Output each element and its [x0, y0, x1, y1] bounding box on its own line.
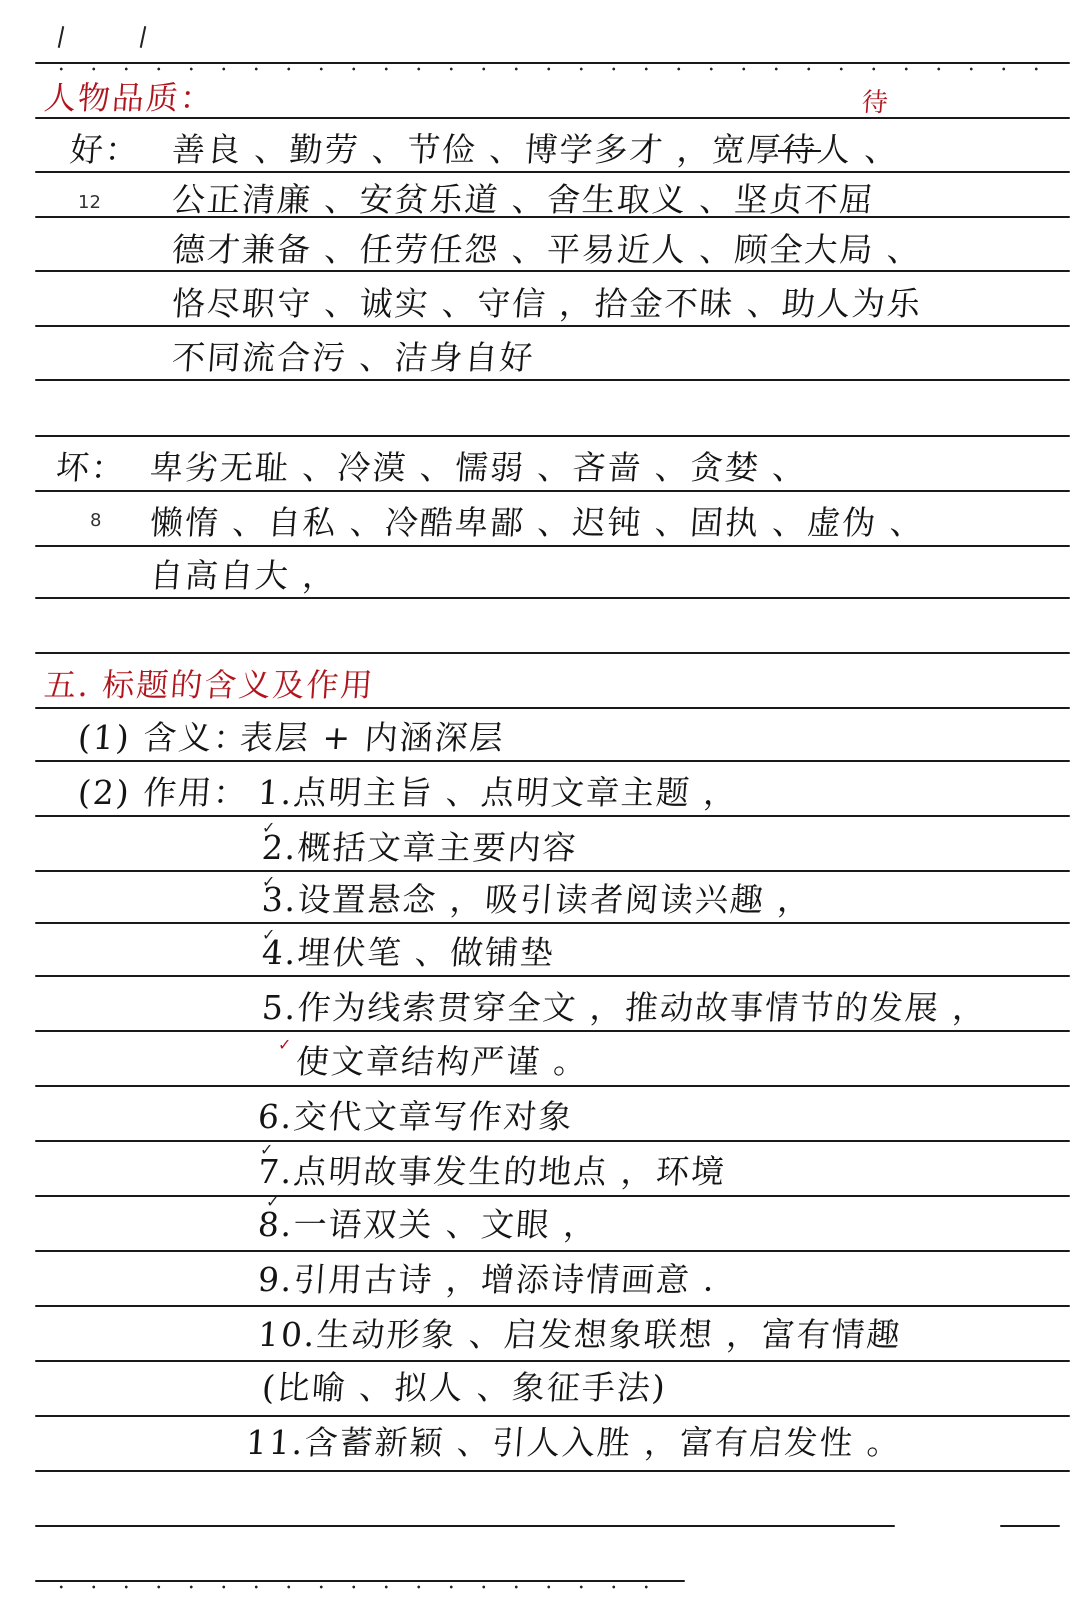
good-traits-line-4: 恪尽职守 、诚实 、守信 ，拾金不昧 、助人为乐	[171, 284, 924, 324]
ruled-line	[35, 62, 1070, 64]
ruled-line	[35, 1250, 1070, 1252]
function-item-7: 7.点明故事发生的地点 ，环境	[257, 1152, 728, 1192]
function-item-1: 1.点明主旨 、点明文章主题 ，	[257, 773, 740, 813]
struck-word: 待	[781, 130, 819, 169]
ruled-line	[35, 1525, 895, 1527]
item-number: 1.	[257, 773, 295, 812]
bad-traits-line-2: 懒惰 、自私 、冷酷卑鄙 、迟钝 、固执 、虚伪 、	[149, 503, 927, 543]
ruled-line	[35, 597, 1070, 599]
item-number: 7.	[257, 1152, 295, 1191]
ruled-line	[1000, 1525, 1060, 1527]
ruled-line	[35, 652, 1070, 654]
ruled-line	[35, 435, 1070, 437]
function-item-4: 4.埋伏笔 、做铺垫	[261, 933, 557, 973]
bad-count-note: 8	[90, 510, 101, 531]
bad-traits-line-1: 卑劣无耻 、冷漠 、懦弱 、吝啬 、贪婪 、	[149, 448, 809, 488]
ruled-line	[35, 1360, 1070, 1362]
good-traits-line-3: 德才兼备 、任劳任怨 、平易近人 、顾全大局 、	[171, 230, 924, 270]
notebook-page: 人物品质： 待 好： 善良 、勤劳 、节俭 、博学多才 ，宽厚待人 、 12 公…	[0, 0, 1080, 1613]
meaning-label: (1) 含义：	[77, 718, 250, 758]
stray-mark	[58, 26, 65, 48]
item-text: 点明故事发生的地点 ，环境	[292, 1152, 727, 1191]
function-item-10: 10.生动形象 、启发想象联想 ，富有情趣	[257, 1315, 903, 1355]
ruled-line	[35, 1580, 685, 1582]
item-text: 含蓄新颖 、引人入胜 ，富有启发性 。	[303, 1423, 903, 1462]
ruled-line	[35, 1085, 1070, 1087]
item-text: 概括文章主要内容	[296, 828, 579, 867]
item-text: 埋伏笔 、做铺垫	[296, 933, 556, 972]
ruled-line	[35, 760, 1070, 762]
item-text: (比喻 、拟人 、象征手法)	[261, 1368, 668, 1407]
function-item-11: 11.含蓄新颖 、引人入胜 ，富有启发性 。	[245, 1423, 904, 1463]
ruled-line	[35, 325, 1070, 327]
ruled-line	[35, 870, 1070, 872]
function-item-5: 5.作为线索贯穿全文 ，推动故事情节的发展 ，	[261, 988, 989, 1028]
good-traits-line-1: 善良 、勤劳 、节俭 、博学多才 ，宽厚待人 、	[171, 130, 901, 170]
item-text: 使文章结构严谨 。	[295, 1042, 590, 1081]
function-label: (2) 作用：	[77, 773, 250, 813]
item-number: 4.	[261, 933, 299, 972]
item-text: 生动形象 、启发想象联想 ，富有情趣	[315, 1315, 903, 1354]
item-text: 作为线索贯穿全文 ，推动故事情节的发展 ，	[296, 988, 989, 1027]
stray-mark	[140, 26, 147, 48]
item-number: 2.	[261, 828, 299, 867]
item-text: 引用古诗 ，增添诗情画意 ．	[292, 1260, 740, 1299]
good-traits-tail: 人 、	[816, 130, 901, 169]
section-heading-title: 五. 标题的含义及作用	[43, 665, 376, 705]
ruled-line	[35, 171, 1070, 173]
ruled-line	[35, 490, 1070, 492]
ruled-line	[35, 1030, 1070, 1032]
function-item-9: 9.引用古诗 ，增添诗情画意 ．	[257, 1260, 740, 1300]
function-item-2: 2.概括文章主要内容	[261, 828, 579, 868]
ruled-line	[35, 270, 1070, 272]
check-mark-red: ✓	[278, 1035, 291, 1054]
ruled-line	[35, 379, 1070, 381]
item-text: 设置悬念 ，吸引读者阅读兴趣 ，	[296, 880, 814, 919]
section-heading-character: 人物品质：	[43, 78, 216, 118]
meaning-text: 表层 + 内涵深层	[239, 718, 506, 758]
bad-label: 坏：	[55, 448, 128, 488]
function-item-8: 8.一语双关 、文眼 ，	[257, 1205, 600, 1245]
item-text: 点明主旨 、点明文章主题 ，	[292, 773, 740, 812]
item-number: 5.	[261, 988, 299, 1027]
ruled-line	[35, 1305, 1070, 1307]
ruled-line	[35, 1140, 1070, 1142]
function-item-10-cont: (比喻 、拟人 、象征手法)	[261, 1368, 669, 1408]
good-traits-text: 善良 、勤劳 、节俭 、博学多才 ，宽厚	[171, 130, 784, 169]
good-count-note: 12	[78, 192, 101, 213]
item-number: 9.	[257, 1260, 295, 1299]
ruled-line	[35, 1195, 1070, 1197]
ruled-line	[35, 545, 1070, 547]
bad-traits-line-3: 自高自大 ，	[149, 556, 339, 596]
function-item-3: 3.设置悬念 ，吸引读者阅读兴趣 ，	[261, 880, 814, 920]
item-text: 一语双关 、文眼 ，	[292, 1205, 600, 1244]
ruled-line	[35, 707, 1070, 709]
item-number: 11.	[245, 1423, 306, 1462]
ruled-line	[35, 975, 1070, 977]
ruled-line	[35, 1415, 1070, 1417]
good-label: 好：	[69, 130, 142, 170]
good-traits-line-5: 不同流合污 、洁身自好	[171, 338, 536, 378]
item-number: 10.	[257, 1315, 318, 1354]
function-item-5-cont: 使文章结构严谨 。	[295, 1042, 590, 1082]
item-number: 6.	[257, 1097, 295, 1136]
ruled-line	[35, 922, 1070, 924]
item-text: 交代文章写作对象	[292, 1097, 575, 1136]
item-number: 3.	[261, 880, 299, 919]
ruled-line	[35, 1470, 1070, 1472]
correction-insert: 待	[861, 82, 890, 119]
function-item-6: 6.交代文章写作对象	[257, 1097, 575, 1137]
good-traits-line-2: 公正清廉 、安贫乐道 、舍生取义 、坚贞不屈	[171, 180, 876, 220]
ruled-line	[35, 815, 1070, 817]
item-number: 8.	[257, 1205, 295, 1244]
